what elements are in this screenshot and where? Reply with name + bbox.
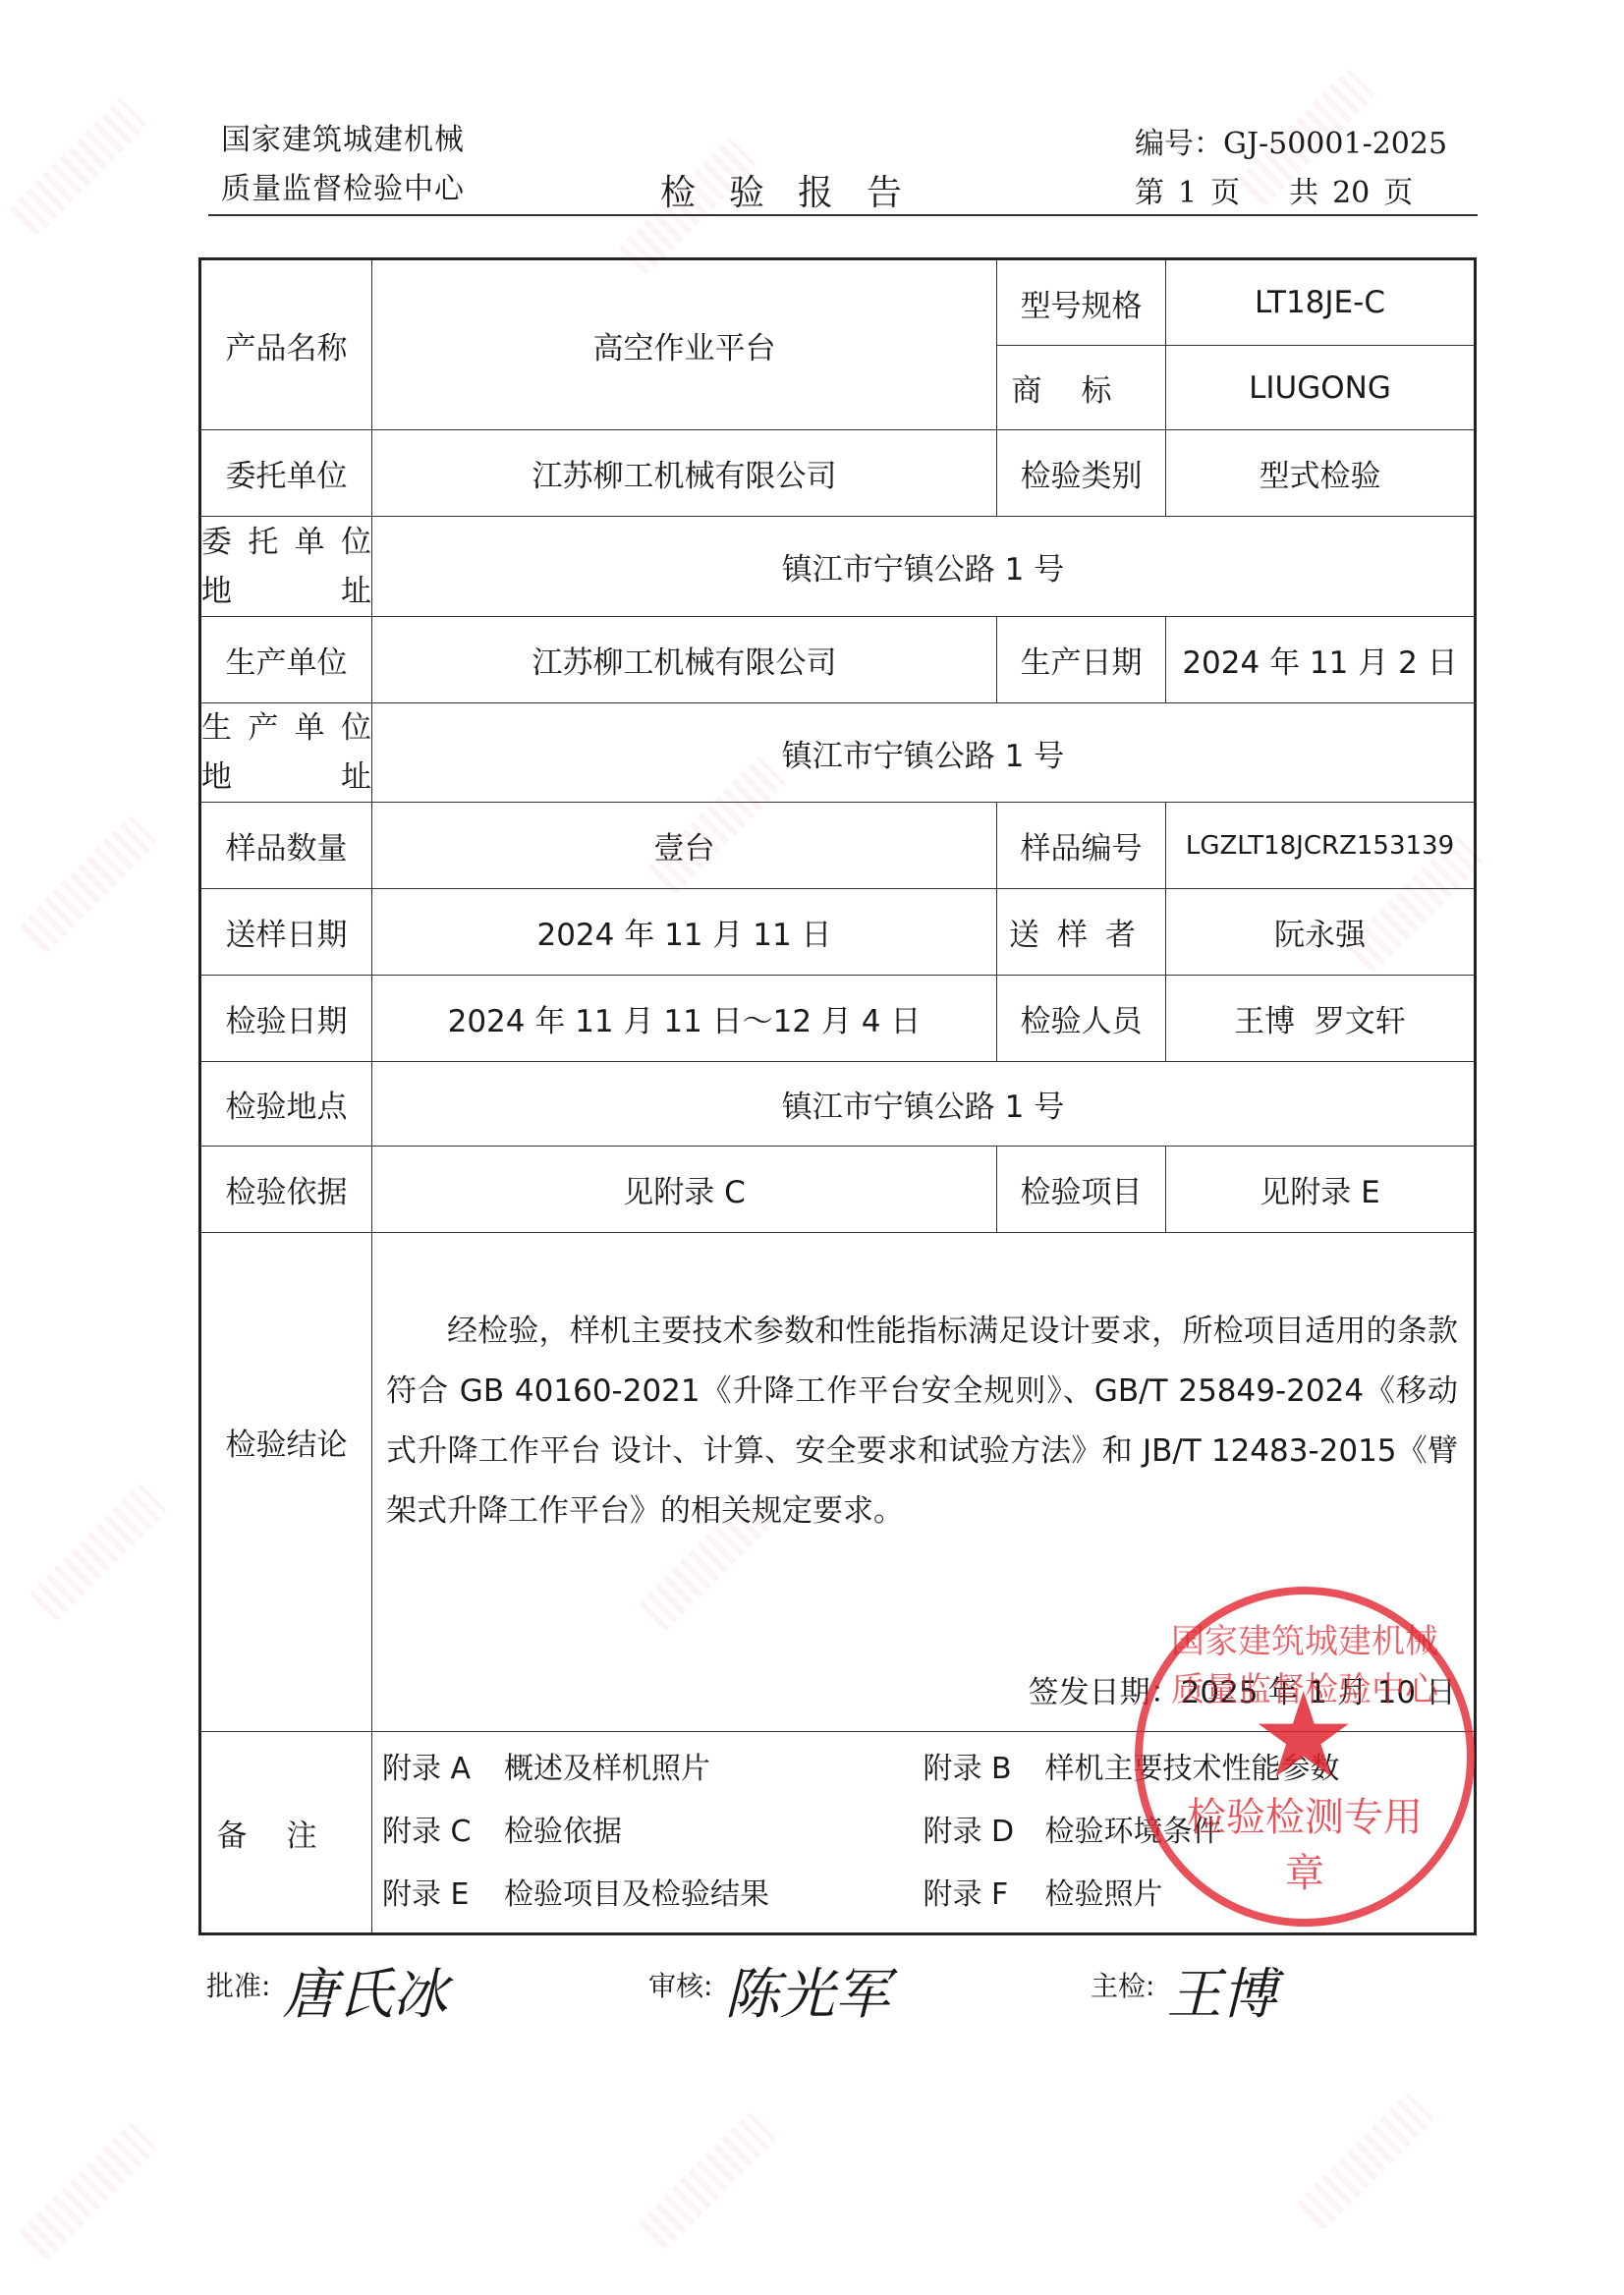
approve-name: 唐氏冰 <box>282 1951 447 2030</box>
notes-label: 备注 <box>200 1732 372 1934</box>
conclusion-cell: 经检验，样机主要技术参数和性能指标满足设计要求，所检项目适用的条款符合 GB 4… <box>372 1233 1476 1732</box>
conclusion-text: 经检验，样机主要技术参数和性能指标满足设计要求，所检项目适用的条款符合 GB 4… <box>372 1233 1474 1541</box>
manufacturer-label: 生产单位 <box>200 617 372 703</box>
report-title: 检验报告 <box>660 165 935 215</box>
client-address-value: 镇江市宁镇公路 1 号 <box>372 517 1476 617</box>
appendix-item: 附录 A概述及样机照片 <box>382 1738 924 1801</box>
inspectors-label: 检验人员 <box>997 976 1166 1062</box>
row-conclusion: 检验结论 经检验，样机主要技术参数和性能指标满足设计要求，所检项目适用的条款符合… <box>200 1233 1476 1732</box>
row-sample: 样品数量 壹台 样品编号 LGZLT18JCRZ153139 <box>200 803 1476 889</box>
items-value: 见附录 E <box>1166 1147 1476 1233</box>
row-client-address: 委托单位 地址 镇江市宁镇公路 1 号 <box>200 517 1476 617</box>
sender-value: 阮永强 <box>1166 889 1476 976</box>
issuing-organization: 国家建筑城建机械 质量监督检验中心 <box>221 116 465 214</box>
page-mid: 页 <box>1210 176 1240 210</box>
appendix-value: 概述及样机照片 <box>504 1752 710 1786</box>
production-date-value: 2024 年 11 月 2 日 <box>1166 617 1476 703</box>
approve-label: 批准: <box>206 1970 270 2002</box>
inspection-type-label: 检验类别 <box>997 430 1166 517</box>
report-number-label: 编号： <box>1135 127 1223 161</box>
row-inspection-date: 检验日期 2024 年 11 月 11 日～12 月 4 日 检验人员 王博 罗… <box>200 976 1476 1062</box>
row-basis: 检验依据 见附录 C 检验项目 见附录 E <box>200 1147 1476 1233</box>
chief-name: 王博 <box>1166 1951 1276 2030</box>
appendix-key: 附录 B <box>924 1738 1045 1801</box>
issue-date: 签发日期：2025 年 1 月 10 日 <box>1029 1667 1456 1711</box>
row-location: 检验地点 镇江市宁镇公路 1 号 <box>200 1062 1476 1147</box>
review-label: 审核: <box>648 1970 712 2002</box>
manufacturer-address-label-line2: 地址 <box>201 753 371 802</box>
sender-label: 送样者 <box>997 889 1166 976</box>
client-label: 委托单位 <box>200 430 372 517</box>
brand-value: LIUGONG <box>1166 346 1476 430</box>
appendix-key: 附录 C <box>382 1801 504 1864</box>
row-delivery: 送样日期 2024 年 11 月 11 日 送样者 阮永强 <box>200 889 1476 976</box>
conclusion-label: 检验结论 <box>200 1233 372 1732</box>
appendix-item: 附录 B样机主要技术性能参数 <box>924 1738 1465 1801</box>
appendix-value: 检验照片 <box>1045 1877 1163 1912</box>
manufacturer-value: 江苏柳工机械有限公司 <box>372 617 997 703</box>
basis-label: 检验依据 <box>200 1147 372 1233</box>
appendix-value: 检验依据 <box>504 1815 622 1849</box>
appendix-value: 检验环境条件 <box>1045 1815 1222 1849</box>
inspection-type-value: 型式检验 <box>1166 430 1476 517</box>
row-manufacturer: 生产单位 江苏柳工机械有限公司 生产日期 2024 年 11 月 2 日 <box>200 617 1476 703</box>
header-divider <box>208 214 1478 216</box>
report-number: 编号：GJ-50001-2025 <box>1135 120 1447 169</box>
watermark <box>19 2121 157 2260</box>
inspectors-value: 王博 罗文轩 <box>1166 976 1476 1062</box>
page-indicator: 第1页共20页 <box>1135 169 1447 218</box>
watermark <box>638 2111 776 2250</box>
appendix-key: 附录 D <box>924 1801 1045 1864</box>
product-name-label: 产品名称 <box>200 259 372 430</box>
sample-no-label: 样品编号 <box>997 803 1166 889</box>
appendix-key: 附录 F <box>924 1864 1045 1927</box>
appendix-item: 附录 D检验环境条件 <box>924 1801 1465 1864</box>
location-value: 镇江市宁镇公路 1 号 <box>372 1062 1476 1147</box>
items-label: 检验项目 <box>997 1147 1166 1233</box>
appendix-key: 附录 A <box>382 1738 504 1801</box>
row-client: 委托单位 江苏柳工机械有限公司 检验类别 型式检验 <box>200 430 1476 517</box>
appendix-item: 附录 C检验依据 <box>382 1801 924 1864</box>
watermark <box>19 814 157 953</box>
chief-label: 主检: <box>1091 1970 1154 2002</box>
row-product-model: 产品名称 高空作业平台 型号规格 LT18JE-C <box>200 259 1476 346</box>
page-current: 1 <box>1178 176 1197 210</box>
appendix-item: 附录 F检验照片 <box>924 1864 1465 1927</box>
sample-qty-value: 壹台 <box>372 803 997 889</box>
basis-value: 见附录 C <box>372 1147 997 1233</box>
delivery-date-label: 送样日期 <box>200 889 372 976</box>
model-label: 型号规格 <box>997 259 1166 346</box>
org-line-2: 质量监督检验中心 <box>221 165 465 214</box>
row-notes: 备注 附录 A概述及样机照片 附录 B样机主要技术性能参数 附录 C检验依据 附… <box>200 1732 1476 1934</box>
production-date-label: 生产日期 <box>997 617 1166 703</box>
delivery-date-value: 2024 年 11 月 11 日 <box>372 889 997 976</box>
appendix-list: 附录 A概述及样机照片 附录 B样机主要技术性能参数 附录 C检验依据 附录 D… <box>372 1732 1474 1932</box>
location-label: 检验地点 <box>200 1062 372 1147</box>
approver-signature: 批准:唐氏冰 <box>206 1965 447 2030</box>
client-address-label-line1: 委托单位 <box>201 518 371 567</box>
client-value: 江苏柳工机械有限公司 <box>372 430 997 517</box>
model-value: LT18JE-C <box>1166 259 1476 346</box>
watermark <box>28 1483 167 1621</box>
review-name: 陈光军 <box>724 1951 889 2030</box>
row-manufacturer-address: 生产单位 地址 镇江市宁镇公路 1 号 <box>200 703 1476 803</box>
appendix-value: 检验项目及检验结果 <box>504 1877 769 1912</box>
inspection-date-value: 2024 年 11 月 11 日～12 月 4 日 <box>372 976 997 1062</box>
client-address-label-line2: 地址 <box>201 567 371 616</box>
signature-block: 批准:唐氏冰 审核:陈光军 主检:王博 <box>206 1965 1336 2083</box>
sample-qty-label: 样品数量 <box>200 803 372 889</box>
manufacturer-address-label-line1: 生产单位 <box>201 703 371 753</box>
appendix-key: 附录 E <box>382 1864 504 1927</box>
inspection-date-label: 检验日期 <box>200 976 372 1062</box>
chief-inspector-signature: 主检:王博 <box>1091 1965 1276 2030</box>
appendix-value: 样机主要技术性能参数 <box>1045 1752 1340 1786</box>
page-total-prefix: 共 <box>1289 176 1318 210</box>
page-total: 20 <box>1332 176 1370 210</box>
brand-label: 商标 <box>997 346 1166 430</box>
report-meta: 编号：GJ-50001-2025 第1页共20页 <box>1135 120 1447 218</box>
notes-cell: 附录 A概述及样机照片 附录 B样机主要技术性能参数 附录 C检验依据 附录 D… <box>372 1732 1476 1934</box>
product-name-value: 高空作业平台 <box>372 259 997 430</box>
org-line-1: 国家建筑城建机械 <box>221 116 465 165</box>
client-address-label: 委托单位 地址 <box>200 517 372 617</box>
manufacturer-address-label: 生产单位 地址 <box>200 703 372 803</box>
sample-no-value: LGZLT18JCRZ153139 <box>1166 803 1476 889</box>
watermark <box>1296 2092 1434 2230</box>
watermark <box>9 97 147 236</box>
manufacturer-address-value: 镇江市宁镇公路 1 号 <box>372 703 1476 803</box>
report-table: 产品名称 高空作业平台 型号规格 LT18JE-C 商标 LIUGONG 委托单… <box>198 257 1477 1935</box>
appendix-item: 附录 E检验项目及检验结果 <box>382 1864 924 1927</box>
reviewer-signature: 审核:陈光军 <box>648 1965 889 2030</box>
page-prefix: 第 <box>1135 176 1164 210</box>
report-number-value: GJ-50001-2025 <box>1223 127 1447 161</box>
page-suffix: 页 <box>1383 176 1413 210</box>
